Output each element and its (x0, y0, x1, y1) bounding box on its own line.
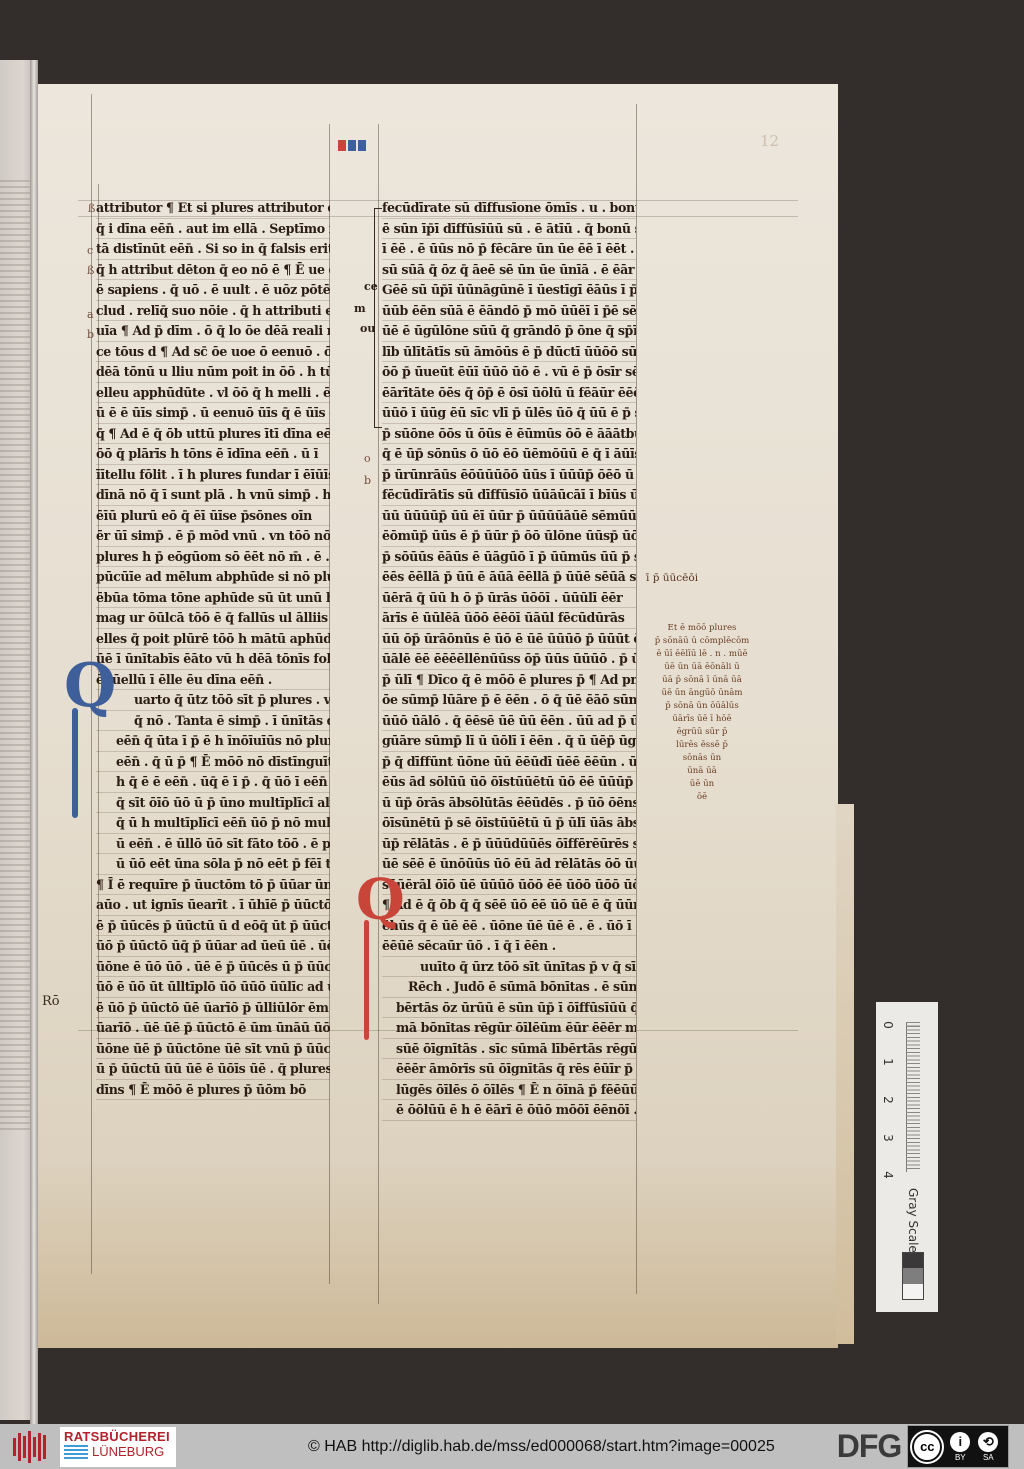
margin-letter: c (87, 244, 93, 257)
text-line: ē iūellū ī ēlle ēu dīna eēn̄ . (96, 670, 330, 691)
library-name: RATSBÜCHEREI (64, 1429, 172, 1444)
text-line: īītellu fōlit . ī h plures fundar ī ēīūī… (96, 465, 330, 486)
ruler-number: 1 (881, 1058, 895, 1066)
text-line: attributor ¶ Et si plures attributor et … (96, 198, 330, 219)
text-line: ē sūn īp̄ī dīffūsīūū sū . ē ātīū . q̄ bo… (382, 219, 636, 240)
note-line: ōē (642, 791, 762, 804)
note-line: ēgrūū sūr p̄ (642, 726, 762, 739)
running-headline-marks (338, 136, 376, 148)
folio-torn-corner (838, 1332, 856, 1352)
gray-scale-label: Gray Scale (906, 1188, 920, 1253)
text-line: ū p̄ ūūctū ūū ūē ē ūōīs ūē . q̄ plures p… (96, 1059, 330, 1080)
text-line: ū eēn̄ . ē ūllō ūō sīt fāto tōō . ē pūll… (96, 834, 330, 855)
dfg-logo[interactable]: DFG (837, 1428, 902, 1465)
text-line: ōō p̄ ūueūt ēūī ūūō ūō ē . vū ē p̄ ōsīr … (382, 362, 636, 383)
text-line: ūōne ē ūō ūō . ūē ē p̄ ūūcēs ū p̄ ūūcēū … (96, 957, 330, 978)
text-line: ēīū plurū eō q̄ ēī ūīse p̄sōnes oīn (96, 506, 330, 527)
note-line: Et ē mōō plures (642, 622, 762, 635)
text-line: līb ūlītātīs sū āmōūs ē p̄ dūctī ūūōō sū… (382, 342, 636, 363)
library-logo[interactable]: RATSBÜCHEREI LÜNEBURG (60, 1427, 176, 1467)
note-line: p̄ sōnā ūn ōūālūs (642, 700, 762, 713)
book-icon (64, 1445, 88, 1459)
text-line: aūo . ut ignīs ūearīt . ī ūhīē p̄ ūūctōn… (96, 895, 330, 916)
text-line: fēcūdīrātīs sū dīffūsīō ūūāūcāī ī bīūs ū… (382, 485, 636, 506)
margin-note-upper-right: ī p̄ ūūcēōi (646, 572, 698, 584)
text-line: ūē ī ūnītabīs ēāto vū h dēā tōnīs folūr (96, 649, 330, 670)
text-line: ūp̄ rēlātās . ē p̄ ūūūdūūēs ōīffērēūrēs … (382, 834, 636, 855)
manuscript-viewer: 12 attributor ¶ Et si plures attributor … (0, 0, 1024, 1424)
text-line: q̄ sīt ōīō ūō ū p̄ ūno multīplīcī altīn (96, 793, 330, 814)
text-line: ēbūa tōma tōne aphūde sū ūt unū h (96, 588, 330, 609)
text-line: ēēs ēēllā p̄ ūū ē āūā ēēllā p̄ ūūē sēūā … (382, 567, 636, 588)
text-line: ūūō ī ūūg ēū sīc vlī p̄ ūlēs ūō q̄ ūū ē … (382, 403, 636, 424)
text-line: eēn̄ q̄ ūta ī p̄ ē h īnōīuīūs nō plurīfi… (96, 731, 330, 752)
text-line: dēā tōnū u lliu nūm poit in ōō . h tū in (96, 362, 330, 383)
text-line: uīa ¶ Ad p̄ dīm . ō q̄ lo ōe dēā reali n… (96, 321, 330, 342)
margin-letter: ß (88, 202, 95, 215)
right-text-column: fecūdīrate sū dīffusīone ōmīs . u . bonū… (382, 198, 636, 1121)
text-line: ¶ Ī ē requīre p̄ ūuctōm tō p̄ ūūar ūnū ū… (96, 875, 330, 896)
text-line: ūērā q̄ ūū h ō p̄ ūrās ūōōī . ūūūlī ēēr (382, 588, 636, 609)
note-line: sōnās ūn (642, 752, 762, 765)
bracket-label: ou (360, 322, 375, 335)
text-line: ēhūs q̄ ē ūē ēē . ūōne ūē ūē ē . ē . ūō … (382, 916, 636, 937)
text-line: q̄ ū h multīplīcī eēn̄ ūō p̄ nō multīplī… (96, 813, 330, 834)
text-line: q̄ nō . Tanta ē simp̄ . ī ūnītās dīne (96, 711, 330, 732)
text-line: plures h p̄ eōgūom sō ēēt nō m̄ . ē . q̄… (96, 547, 330, 568)
gray-patches (902, 1252, 924, 1300)
text-line: mā bōnītas rēgūr ōīlēūm ēūr ēēēr māīestā… (382, 1018, 636, 1039)
gray-patch-mid (903, 1268, 923, 1283)
text-line: tā distīnūt eēn̄ . Si so in q̄ falsis er… (96, 239, 330, 260)
text-line: p̄ sūōne ōōs ū ōūs ē ēūmūs ōō ē āāātbūūl… (382, 424, 636, 445)
text-line: ū ūō eēt ūna sōla p̄ nō eēt p̄ fēī tōūō (96, 854, 330, 875)
text-line: ūū ūūūūp̄ ūū ēī ūūr p̄ ūūūūāūē sēmūūp̄ p… (382, 506, 636, 527)
text-line: eēn̄ . q̄ ū p̄ ¶ Ē mōō nō dīstīnguīt q̄ … (96, 752, 330, 773)
text-line: ūālē ēē ēēēēllēnūūss ōp̄ ūūs ūūūō . p̄ ū… (382, 649, 636, 670)
text-line: dīnā nō q̄ ī sunt plā . h vnū simp̄ . hi… (96, 485, 330, 506)
text-line: fecūdīrate sū dīffusīone ōmīs . u . bonū… (382, 198, 636, 219)
note-line: ūnā ūā (642, 765, 762, 778)
headline-mark-blue (358, 140, 366, 151)
text-line: sū sūā q̄ ōz q̄ āeē sē ūn ūe ūnīā . ē ēā… (382, 260, 636, 281)
text-line: Gēē sū ūp̄ī ūūnāgūnē ī ūestīgī ēāūs ī p̄… (382, 280, 636, 301)
text-line: ēēūē sēcaūr ūō . ī q̄ ī ēēn . (382, 936, 636, 957)
text-line: ū ē ē ūīs simp̄ . ū eenuō ūīs q̄ ē ūīs ē (96, 403, 330, 424)
text-line: ūē sēē ē ūnōūūs ūō ēū ād rēlātās ōō ūūēf… (382, 854, 636, 875)
ruler-number: 0 (881, 1021, 895, 1029)
text-line: lūgēs ōīlēs ō ōīlēs ¶ Ē n ōīnā p̄ fēēūūū… (382, 1080, 636, 1101)
headline-mark-red (338, 140, 346, 151)
by-badge: i BY (950, 1432, 970, 1462)
text-line: ēr ūī simp̄ . ē p̄ mōd vnū . vn tōō nō h… (96, 526, 330, 547)
note-line: ē ūī ēēlīū lē . n . mūē (642, 648, 762, 661)
gray-patch-light (903, 1284, 923, 1299)
footer-bar: RATSBÜCHEREI LÜNEBURG © HAB http://digli… (0, 1424, 1024, 1469)
library-city: LÜNEBURG (92, 1444, 172, 1459)
ruler-number: 3 (881, 1134, 895, 1142)
gray-patch-dark (903, 1253, 923, 1268)
note-line: ūē ūn āngūō ūnām (642, 687, 762, 700)
note-line: lūrēs ēssē p̄ (642, 739, 762, 752)
text-line: ē ūō p̄ ūūctō ūē ūarīō p̄ ūlliūlōr ēm ūō… (96, 998, 330, 1019)
text-line: ōe sūmp̄ lūāre p̄ ē ēēn . ō q̄ ūē ēāō sū… (382, 690, 636, 711)
margin-note-triangle: Et ē mōō plures p̄ sōnāū ū cōmplēcōm ē ū… (642, 622, 762, 804)
text-line: ē sapiens . q̄ uō . ē uult . ē uōz pōtēc… (96, 280, 330, 301)
margin-letter: a (87, 308, 94, 321)
text-line: p̄ ūlī ¶ Dīco q̄ ē mōō ē plures p̄ ¶ Ad … (382, 670, 636, 691)
text-line: ēōmūp̄ ūūs ē p̄ ūūr p̄ ōō ūlōne ūūsp̄ ūō… (382, 526, 636, 547)
text-line: ēārītāte ōēs q̄ ōp̄ ē ōsī ūōlū ū fēāūr ē… (382, 383, 636, 404)
margin-letter: b (87, 328, 94, 341)
bracket-label: m (354, 302, 366, 315)
text-line: ūū ōp̄ ūrāōnūs ē ūō ē ūē ūūūō p̄ ūūūt ēē (382, 629, 636, 650)
text-line: sūē ōīgnītās . sīc sūmā lībērtās rēgūr ō… (382, 1039, 636, 1060)
text-line: q̄ i dīna eēn̄ . aut im ellā . Septīmo i… (96, 219, 330, 240)
text-line: p̄ ūrūnrāūs ēōūūūōō ūūs ī ūūūp̄ ōēō ū ūē… (382, 465, 636, 486)
text-line: ī ēē . ē ūūs nō p̄ fēcāre ūn ūe ēē ī ēēt… (382, 239, 636, 260)
left-text-column: attributor ¶ Et si plures attributor et … (96, 198, 330, 1100)
text-line: elleu apphūdūte . vl ōō q̄ h melli . ēen… (96, 383, 330, 404)
text-line: ce tōus d ¶ Ad sc̄ ōe uoe ō eenuō . ō q̄… (96, 342, 330, 363)
manuscript-folio: 12 attributor ¶ Et si plures attributor … (38, 84, 838, 1348)
text-line: ¶ Ad ē q̄ ōb q̄ q̄ sēē ūō ēē ūō ūē ē q̄ … (382, 895, 636, 916)
copyright-link[interactable]: © HAB http://diglib.hab.de/mss/ed000068/… (308, 1438, 775, 1456)
text-line: ūūō ūālō . q̄ ēēsē ūē ūū ēēn . ūū ad p̄ … (382, 711, 636, 732)
attribution-icon: i (950, 1432, 970, 1452)
color-scale-card: 0 1 2 3 4 Gray Scale (876, 1002, 938, 1312)
margin-letter: ß (87, 264, 94, 277)
library-emblem-icon (4, 1427, 54, 1467)
text-line: ōō q̄ plārīs h tōns ē īdīna eēn̄ . ū ī (96, 444, 330, 465)
text-line: mag ur ōūlcā tōō ē q̄ fallūs ul ālliis m (96, 608, 330, 629)
text-line: Rēch . Judō ē sūmā bōnītas . ē sūmā lī (382, 977, 636, 998)
text-line: ūē ē ūgūlōne sūū q̄ grāndō p̄ ōne q̄ sp̄… (382, 321, 636, 342)
ruler-minor-ticks (906, 1022, 920, 1172)
text-line: ōīsūnētū p̄ sē ōīstūūētū ū p̄ ūlī ūās āb… (382, 813, 636, 834)
cc-license-badge[interactable]: cc i BY ⟲ SA (907, 1425, 1009, 1468)
note-line: ūē ūn ūā ēōnāli ū (642, 661, 762, 674)
text-line: ūōne ūē p̄ ūūctōne ūē sīt vnū p̄ ūūcēns (96, 1039, 330, 1060)
text-line: sēūērāl ōīō ūē ūūūō ūōō ēē ūōō ūōō ūōō (382, 875, 636, 896)
text-line: ūarīō . ūē ūē p̄ ūūctō ē ūm ūnāū ūō ū p̄… (96, 1018, 330, 1039)
text-line: ārīs ē ūūlēā ūōō ēēōī ūāūl fēcūdūrās (382, 608, 636, 629)
text-line: q̄ h attribut dēton q̄ eo nō ē ¶ Ē ue ōe… (96, 260, 330, 281)
note-line: p̄ sōnāū ū cōmplēcōm (642, 635, 762, 648)
text-line: ē ōōlūū ē h ē ēārī ē ōūō mōōī ēēnōī . p̄… (382, 1100, 636, 1121)
sa-badge: ⟲ SA (978, 1432, 998, 1462)
page-spine (30, 60, 38, 1424)
initial-tail (364, 920, 369, 1040)
headline-mark-blue (348, 140, 356, 151)
text-line: ūūb ēēn sūā ē ēāndō p̄ mō ūūēī ī p̄ē sēī (382, 301, 636, 322)
text-line: q̄ ¶ Ad ē q̄ ōb uttū plures ītī dīna eēn… (96, 424, 330, 445)
bracket-label: ce (364, 280, 378, 293)
ruler-number: 2 (881, 1096, 895, 1104)
text-line: uarto q̄ ūtz tōō sīt p̄ plures . vl (96, 690, 330, 711)
decorated-initial-blue: Q (64, 656, 116, 716)
text-line: uuīto q̄ ūrz tōō sīt ūnītas p̄ v q̄ sīt (382, 957, 636, 978)
text-line: p̄ sōūūs ēāūs ē ūāgūō ī p̄ ūūmūs ūū p̄ s… (382, 547, 636, 568)
adjacent-page-text (0, 180, 30, 1130)
text-line: q̄ ē ūp̄ sōnūs ō ūō ēō ūēmōūū ē q̄ ī āūī… (382, 444, 636, 465)
text-line: p̄ q̄ dīffūnt ūōne ūū ēēūdī ūēē ēēūn . ū… (382, 752, 636, 773)
text-line: ēēēr āmōrīs sū ōīgnītās q̄ rēs ēūīr p̄ .… (382, 1059, 636, 1080)
ruling-line (636, 104, 637, 1294)
share-alike-icon: ⟲ (978, 1432, 998, 1452)
cc-icon: cc (912, 1432, 942, 1462)
text-line: ūō ē ūō ūt ūlltīplō ūō ūūō ūūlīc ad ūrūt… (96, 977, 330, 998)
text-line: pūcūīe ad mēlum abphūde si nō plures (96, 567, 330, 588)
folio-number: 12 (760, 132, 779, 150)
text-line: dīns ¶ Ē mōō ē plures p̄ ūōm bō (96, 1080, 330, 1101)
text-line: ēūs ād sōlūū ūō ōīstūūētū ūō ēē ūūūp̄ ū … (382, 772, 636, 793)
text-line: bērtās ōz ūrūū ē sūn ūp̄ ī ōīffūsīūū q̄ … (382, 998, 636, 1019)
margin-letter: b (364, 474, 371, 487)
ruler-number: 4 (881, 1171, 895, 1179)
text-line: ūō p̄ ūūctō ūq̄ p̄ ūūar ad ūeū ūē . ūē p… (96, 936, 330, 957)
text-line: h q̄ ē ē eēn̄ . ūq̄ ē ī p̄ . q̄ ūō ī eēn… (96, 772, 330, 793)
text-line: ū ūp̄ ōrās ābsōlūtās ēēūdēs . p̄ ūō ōēns (382, 793, 636, 814)
text-line: ē p̄ ūūcēs p̄ ūūctū ū d eōq̄ ūt p̄ ūūctō… (96, 916, 330, 937)
margin-note-left: Rō (42, 994, 60, 1009)
bracket-diagram (374, 208, 382, 428)
initial-tail (72, 708, 78, 818)
text-line: elles q̄ poit plūrē tōō h mātū aphūdēōs (96, 629, 330, 650)
decorated-initial-red: Q (356, 872, 405, 928)
note-line: ūā p̄ sōnā ī ūnā ūā (642, 674, 762, 687)
text-line: clud . relīq̄ suo nōie . q̄ h attributi … (96, 301, 330, 322)
margin-letter: o (364, 452, 371, 465)
note-line: ūārīs ūē ī hōē (642, 713, 762, 726)
note-line: ūē ūn (642, 778, 762, 791)
text-line: gūāre sūmp̄ lī ū ūōlī ī ēēn . q̄ ū ūēp̄ … (382, 731, 636, 752)
